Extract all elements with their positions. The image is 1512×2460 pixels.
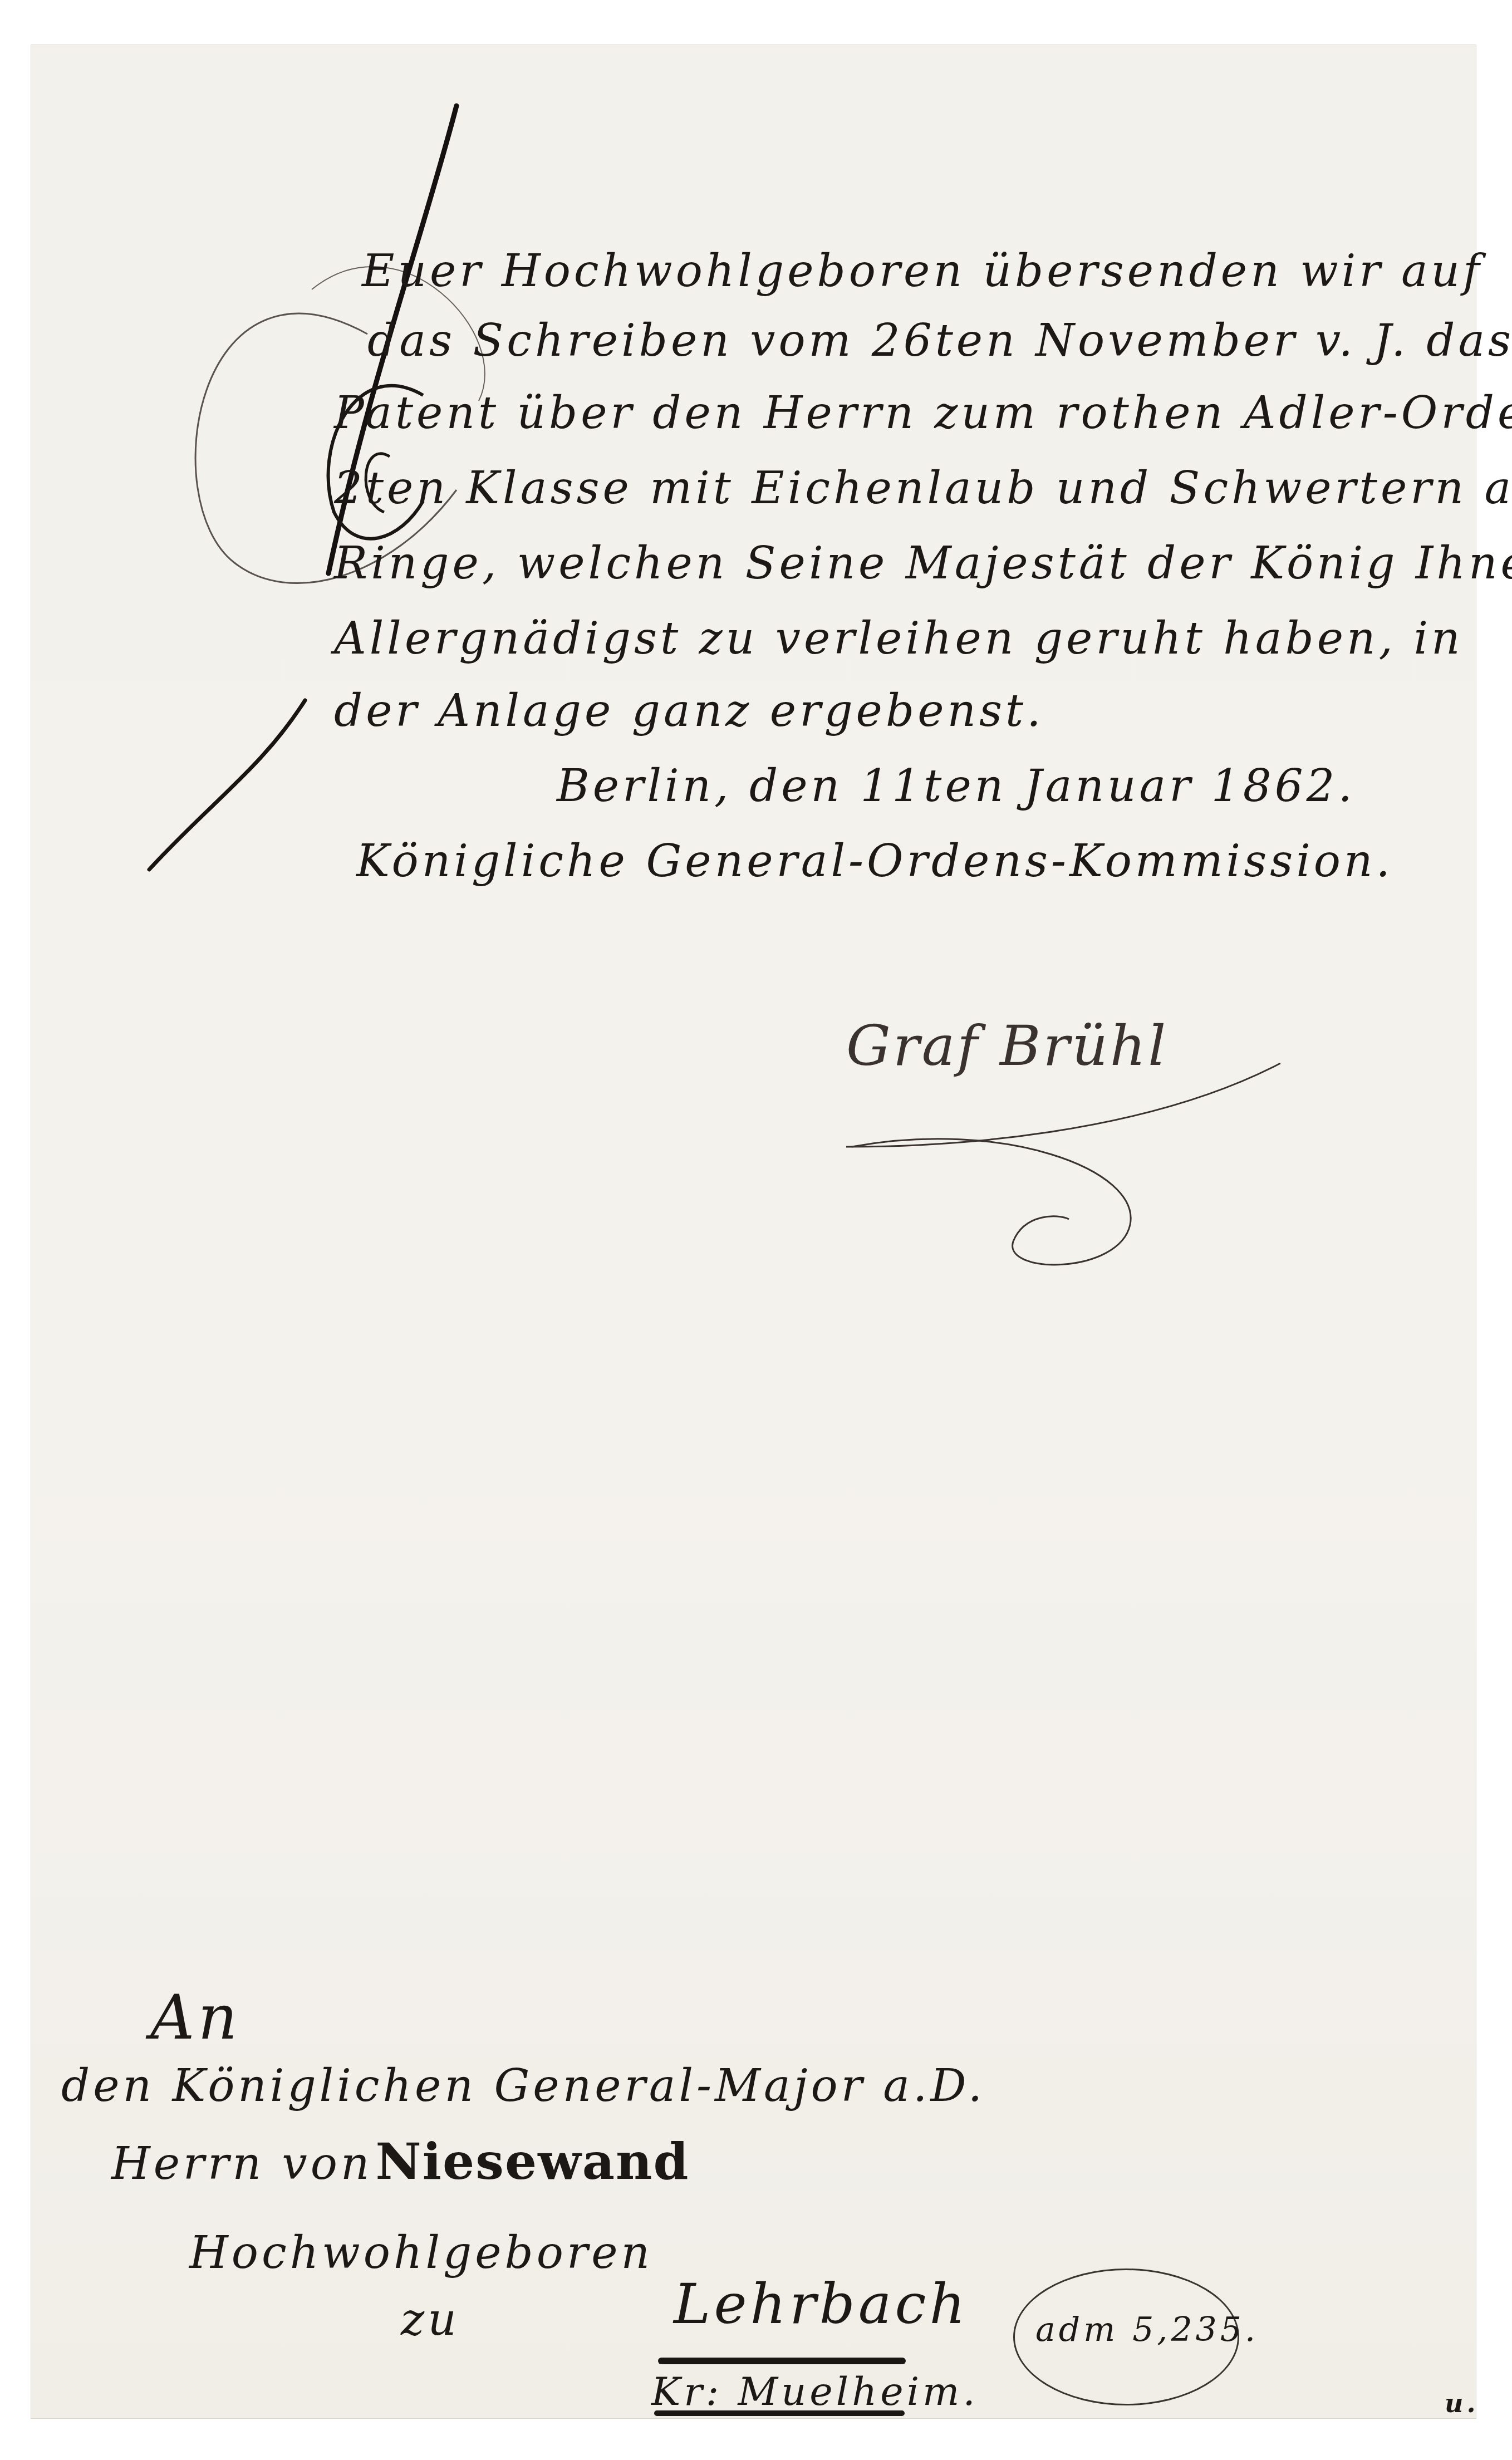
address-prefix: An (150, 1982, 240, 2053)
dateline: Berlin, den 11ten Januar 1862. (557, 760, 1356, 812)
reference-note: adm 5,235. (1035, 2310, 1259, 2349)
signature: Graf Brühl (846, 1013, 1168, 1078)
corner-mark: u. (1445, 2388, 1479, 2418)
place-underline (658, 2358, 906, 2364)
body-line-1: Euer Hochwohlgeboren übersenden wir auf (362, 245, 1483, 297)
body-line-5: Ringe, welchen Seine Majestät der König … (334, 537, 1512, 589)
address-line-3: Hochwohlgeboren (189, 2227, 653, 2279)
recipient-name: Niesewand (376, 2132, 690, 2191)
sender-line: Königliche General-Ordens-Kommission. (356, 835, 1393, 887)
place-name: Lehrbach (674, 2271, 969, 2336)
body-line-7: der Anlage ganz ergebenst. (334, 685, 1044, 736)
body-line-6: Allergnädigst zu verleihen geruht haben,… (334, 612, 1464, 664)
district-underline (654, 2410, 905, 2416)
body-line-3: Patent über den Herrn zum rothen Adler-O… (334, 387, 1512, 439)
body-line-2: das Schreiben vom 26ten November v. J. d… (367, 315, 1512, 366)
body-line-4: 2ten Klasse mit Eichenlaub und Schwerter… (334, 462, 1512, 514)
address-line-1: den Königlichen General-Major a.D. (61, 2060, 985, 2112)
address-line-2-prefix: Herrn von (111, 2138, 372, 2189)
address-line-4-prefix: zu (401, 2294, 460, 2345)
address-line-2: Herrn von Niesewand (111, 2132, 689, 2191)
district-name: Kr: Muelheim. (651, 2369, 979, 2414)
